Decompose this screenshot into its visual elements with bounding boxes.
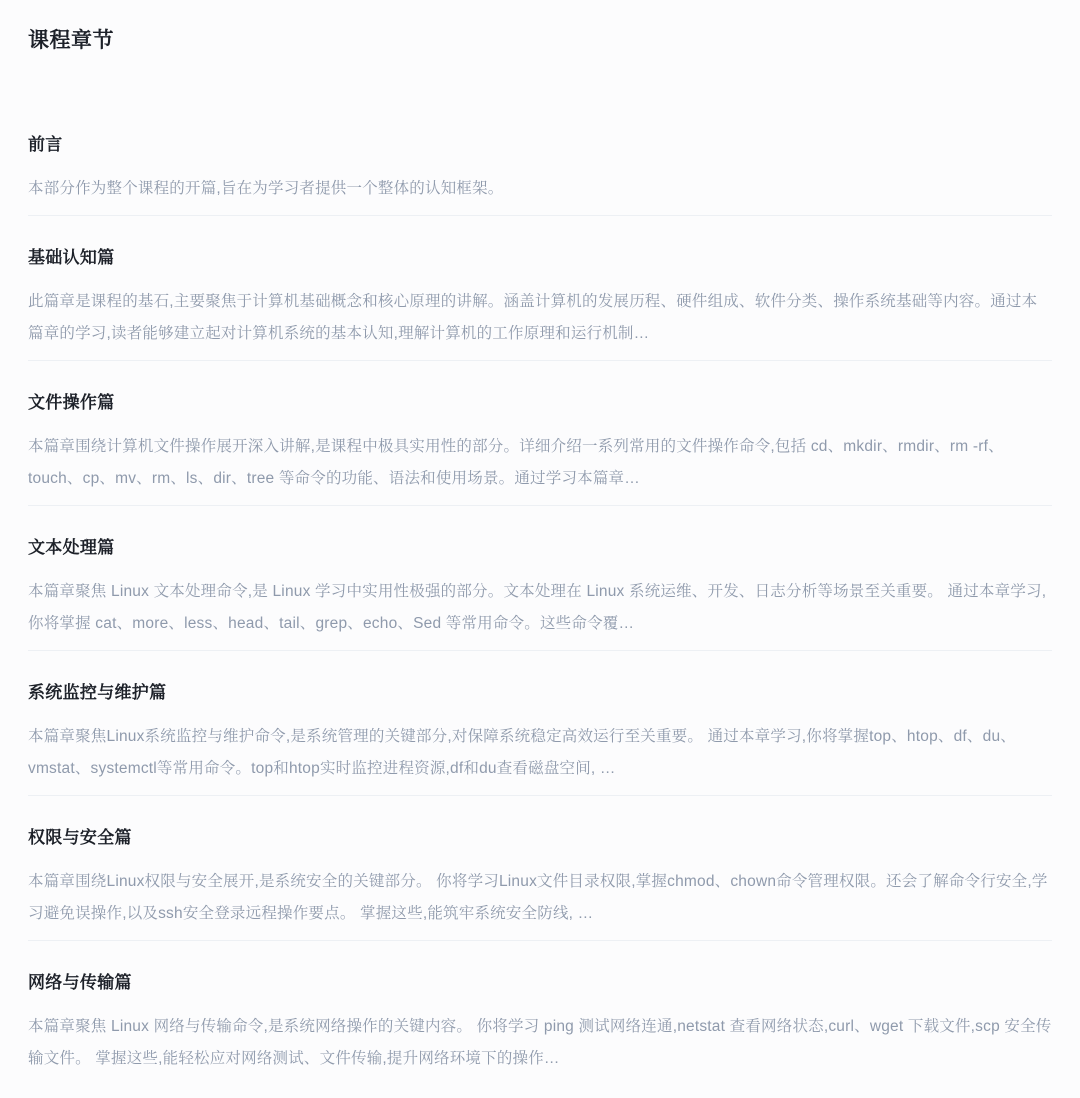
chapter-title: 权限与安全篇 [28,826,1052,850]
chapter-item-text-processing[interactable]: 文本处理篇 本篇章聚焦 Linux 文本处理命令,是 Linux 学习中实用性极… [28,506,1052,651]
chapter-title: 系统监控与维护篇 [28,681,1052,705]
chapter-title: 文本处理篇 [28,536,1052,560]
chapter-item-preface[interactable]: 前言 本部分作为整个课程的开篇,旨在为学习者提供一个整体的认知框架。 [28,103,1052,216]
chapter-item-basics[interactable]: 基础认知篇 此篇章是课程的基石,主要聚焦于计算机基础概念和核心原理的讲解。涵盖计… [28,216,1052,361]
chapter-description: 本篇章聚焦 Linux 文本处理命令,是 Linux 学习中实用性极强的部分。文… [28,576,1052,640]
chapter-description: 本篇章围绕计算机文件操作展开深入讲解,是课程中极具实用性的部分。详细介绍一系列常… [28,431,1052,495]
chapter-description: 本篇章聚焦Linux系统监控与维护命令,是系统管理的关键部分,对保障系统稳定高效… [28,721,1052,785]
chapter-description: 本部分作为整个课程的开篇,旨在为学习者提供一个整体的认知框架。 [28,173,1052,205]
chapter-item-system-monitoring[interactable]: 系统监控与维护篇 本篇章聚焦Linux系统监控与维护命令,是系统管理的关键部分,… [28,651,1052,796]
chapter-description: 本篇章围绕Linux权限与安全展开,是系统安全的关键部分。 你将学习Linux文… [28,866,1052,930]
page-title: 课程章节 [28,26,1052,56]
chapter-description: 本篇章聚焦 Linux 网络与传输命令,是系统网络操作的关键内容。 你将学习 p… [28,1011,1052,1075]
chapter-title: 网络与传输篇 [28,971,1052,995]
course-chapters-panel: 课程章节 前言 本部分作为整个课程的开篇,旨在为学习者提供一个整体的认知框架。 … [0,0,1080,1085]
chapter-title: 前言 [28,133,1052,157]
chapter-list: 前言 本部分作为整个课程的开篇,旨在为学习者提供一个整体的认知框架。 基础认知篇… [28,103,1052,1085]
chapter-title: 基础认知篇 [28,246,1052,270]
chapter-item-network-transfer[interactable]: 网络与传输篇 本篇章聚焦 Linux 网络与传输命令,是系统网络操作的关键内容。… [28,941,1052,1085]
chapter-item-file-operations[interactable]: 文件操作篇 本篇章围绕计算机文件操作展开深入讲解,是课程中极具实用性的部分。详细… [28,361,1052,506]
chapter-item-permissions-security[interactable]: 权限与安全篇 本篇章围绕Linux权限与安全展开,是系统安全的关键部分。 你将学… [28,796,1052,941]
chapter-description: 此篇章是课程的基石,主要聚焦于计算机基础概念和核心原理的讲解。涵盖计算机的发展历… [28,286,1052,350]
chapter-title: 文件操作篇 [28,391,1052,415]
